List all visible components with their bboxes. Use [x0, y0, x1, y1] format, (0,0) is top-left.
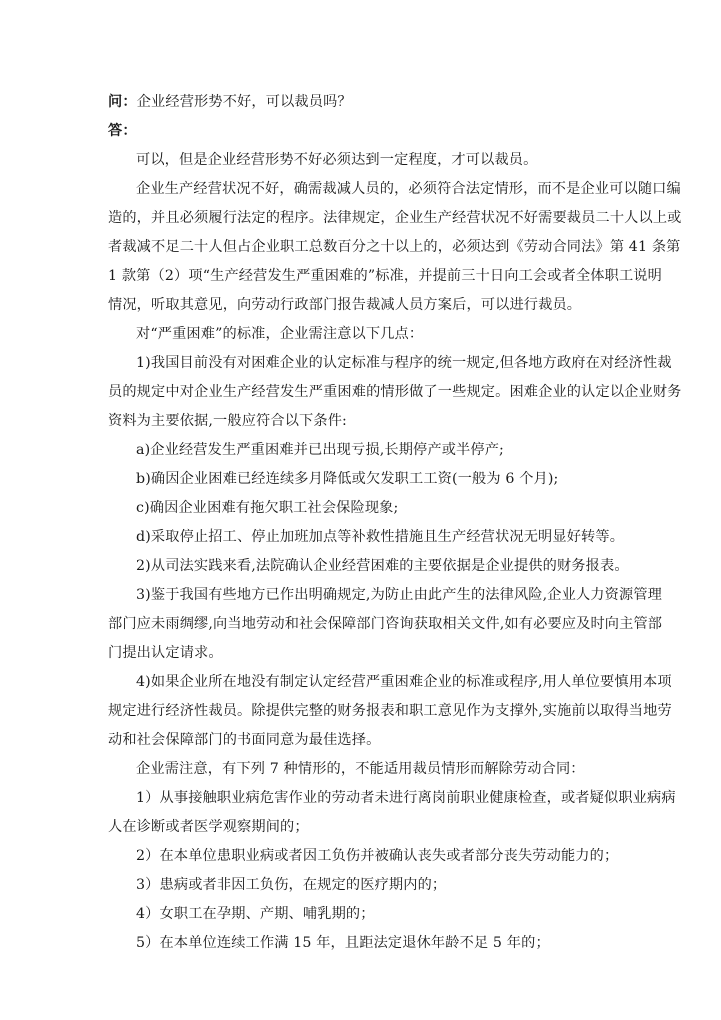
point-1-line: 员的规定中对企业生产经营发生严重困难的情形做了一些规定。困难企业的认定以企业财务 [108, 378, 622, 407]
situation-1-line: 1）从事接触职业病危害作业的劳动者未进行离岗前职业健康检查，或者疑似职业病病 [108, 784, 622, 813]
point-3-line: 3)鉴于我国有些地方已作出明确规定,为防止由此产生的法律风险,企业人力资源管理 [108, 581, 622, 610]
question-line: 问：企业经营形势不好，可以裁员吗？ [108, 88, 622, 117]
point-1-line: 1)我国目前没有对困难企业的认定标准与程序的统一规定,但各地方政府在对经济性裁 [108, 349, 622, 378]
situation-1-line: 人在诊断或者医学观察期间的； [108, 813, 622, 842]
answer-label: 答： [108, 123, 137, 139]
situation-2: 2）在本单位患职业病或者因工负伤并被确认丧失或者部分丧失劳动能力的； [108, 842, 622, 871]
point-1-line: 资料为主要依据,一般应符合以下条件: [108, 407, 622, 436]
situation-4: 4）女职工在孕期、产期、哺乳期的； [108, 900, 622, 929]
point-4-line: 规定进行经济性裁员。除提供完整的财务报表和职工意见作为支撑外,实施前以取得当地劳 [108, 697, 622, 726]
paragraph-legal-line: 情况，听取其意见，向劳动行政部门报告裁减人员方案后，可以进行裁员。 [108, 291, 622, 320]
point-3-line: 部门应未雨绸缪,向当地劳动和社会保障部门咨询获取相关文件,如有必要应及时向主管部 [108, 610, 622, 639]
point-2: 2)从司法实践来看,法院确认企业经营困难的主要依据是企业提供的财务报表。 [108, 552, 622, 581]
situation-3: 3）患病或者非因工负伤，在规定的医疗期内的； [108, 871, 622, 900]
condition-c: c)确因企业困难有拖欠职工社会保险现象; [108, 494, 622, 523]
paragraph-criteria-heading: 对“严重困难”的标准，企业需注意以下几点： [108, 320, 622, 349]
paragraph-legal-line: 1 款第（2）项“生产经营发生严重困难的”标准，并提前三十日向工会或者全体职工说… [108, 262, 622, 291]
paragraph-legal-line: 企业生产经营状况不好，确需裁减人员的，必须符合法定情形，而不是企业可以随口编 [108, 175, 622, 204]
condition-b: b)确因企业困难已经连续多月降低或欠发职工工资(一般为 6 个月); [108, 465, 622, 494]
situations-heading: 企业需注意，有下列 7 种情形的，不能适用裁员情形而解除劳动合同： [108, 755, 622, 784]
document-page: 问：企业经营形势不好，可以裁员吗？ 答： 可以，但是企业经营形势不好必须达到一定… [108, 88, 622, 958]
paragraph-legal-line: 者裁减不足二十人但占企业职工总数百分之十以上的，必须达到《劳动合同法》第 41 … [108, 233, 622, 262]
situation-5: 5）在本单位连续工作满 15 年，且距法定退休年龄不足 5 年的； [108, 929, 622, 958]
point-4-line: 动和社会保障部门的书面同意为最佳选择。 [108, 726, 622, 755]
condition-d: d)采取停止招工、停止加班加点等补救性措施且生产经营状况无明显好转等。 [108, 523, 622, 552]
point-3-line: 门提出认定请求。 [108, 639, 622, 668]
question-label: 问： [108, 94, 137, 110]
paragraph-intro: 可以，但是企业经营形势不好必须达到一定程度，才可以裁员。 [108, 146, 622, 175]
paragraph-legal-line: 造的，并且必须履行法定的程序。法律规定，企业生产经营状况不好需要裁员二十人以上或 [108, 204, 622, 233]
point-4-line: 4)如果企业所在地没有制定认定经营严重困难企业的标准或程序,用人单位要慎用本项 [108, 668, 622, 697]
answer-line: 答： [108, 117, 622, 146]
condition-a: a)企业经营发生严重困难并已出现亏损,长期停产或半停产; [108, 436, 622, 465]
question-text: 企业经营形势不好，可以裁员吗？ [137, 94, 352, 110]
